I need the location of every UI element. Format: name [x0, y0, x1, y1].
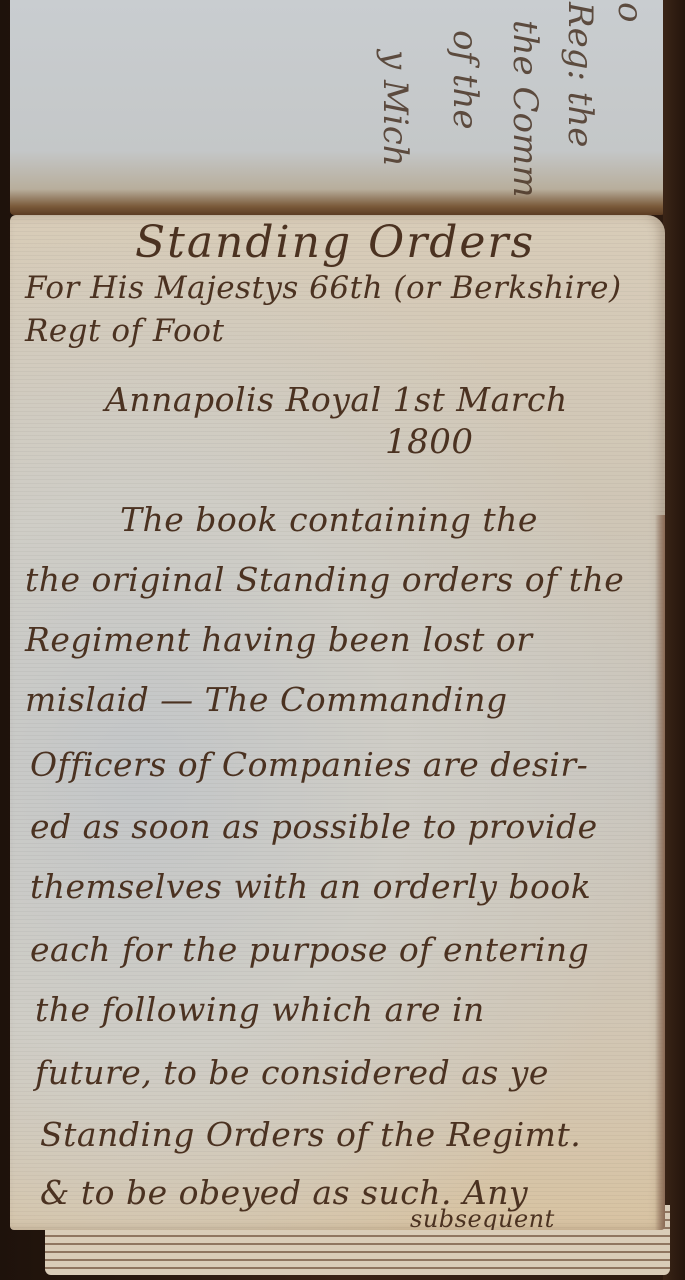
place-date: Annapolis Royal 1st March — [105, 380, 568, 419]
body-line: future, to be considered as ye — [35, 1053, 549, 1092]
body-line: the original Standing orders of the — [25, 560, 624, 599]
body-line: the following which are in — [35, 990, 485, 1029]
page-title: Standing Orders — [135, 217, 535, 268]
book-cover-edge — [663, 0, 685, 1280]
regiment-line-1: For His Majestys 66th (or Berkshire) — [25, 270, 622, 306]
manuscript-page: Standing Orders For His Majestys 66th (o… — [10, 215, 665, 1230]
upper-page-fragment: the Comm — [505, 20, 545, 197]
photo-scene: o Reg: the the Comm of the y Mich Standi… — [0, 0, 685, 1280]
upper-page-fragment: Reg: the — [560, 2, 600, 147]
body-line: Standing Orders of the Regimt. — [40, 1115, 581, 1154]
body-line: Officers of Companies are desir- — [30, 745, 588, 784]
body-line: themselves with an orderly book — [30, 867, 591, 906]
body-line: mislaid — The Commanding — [25, 680, 508, 719]
body-line: ed as soon as possible to provide — [30, 807, 598, 846]
body-line: Regiment having been lost or — [25, 620, 533, 659]
body-line: The book containing the — [120, 500, 538, 539]
body-line: each for the purpose of entering — [30, 930, 589, 969]
upper-page-fragment: y Mich — [375, 50, 415, 167]
regiment-line-2: Regt of Foot — [25, 313, 224, 349]
page-edge — [655, 515, 665, 1230]
upper-page-upside-down: o Reg: the the Comm of the y Mich — [10, 0, 665, 215]
upper-page-fragment: of the — [445, 30, 485, 130]
upper-page-fragment: o — [610, 2, 650, 22]
year: 1800 — [385, 422, 474, 462]
catchword: subsequent — [410, 1205, 555, 1230]
